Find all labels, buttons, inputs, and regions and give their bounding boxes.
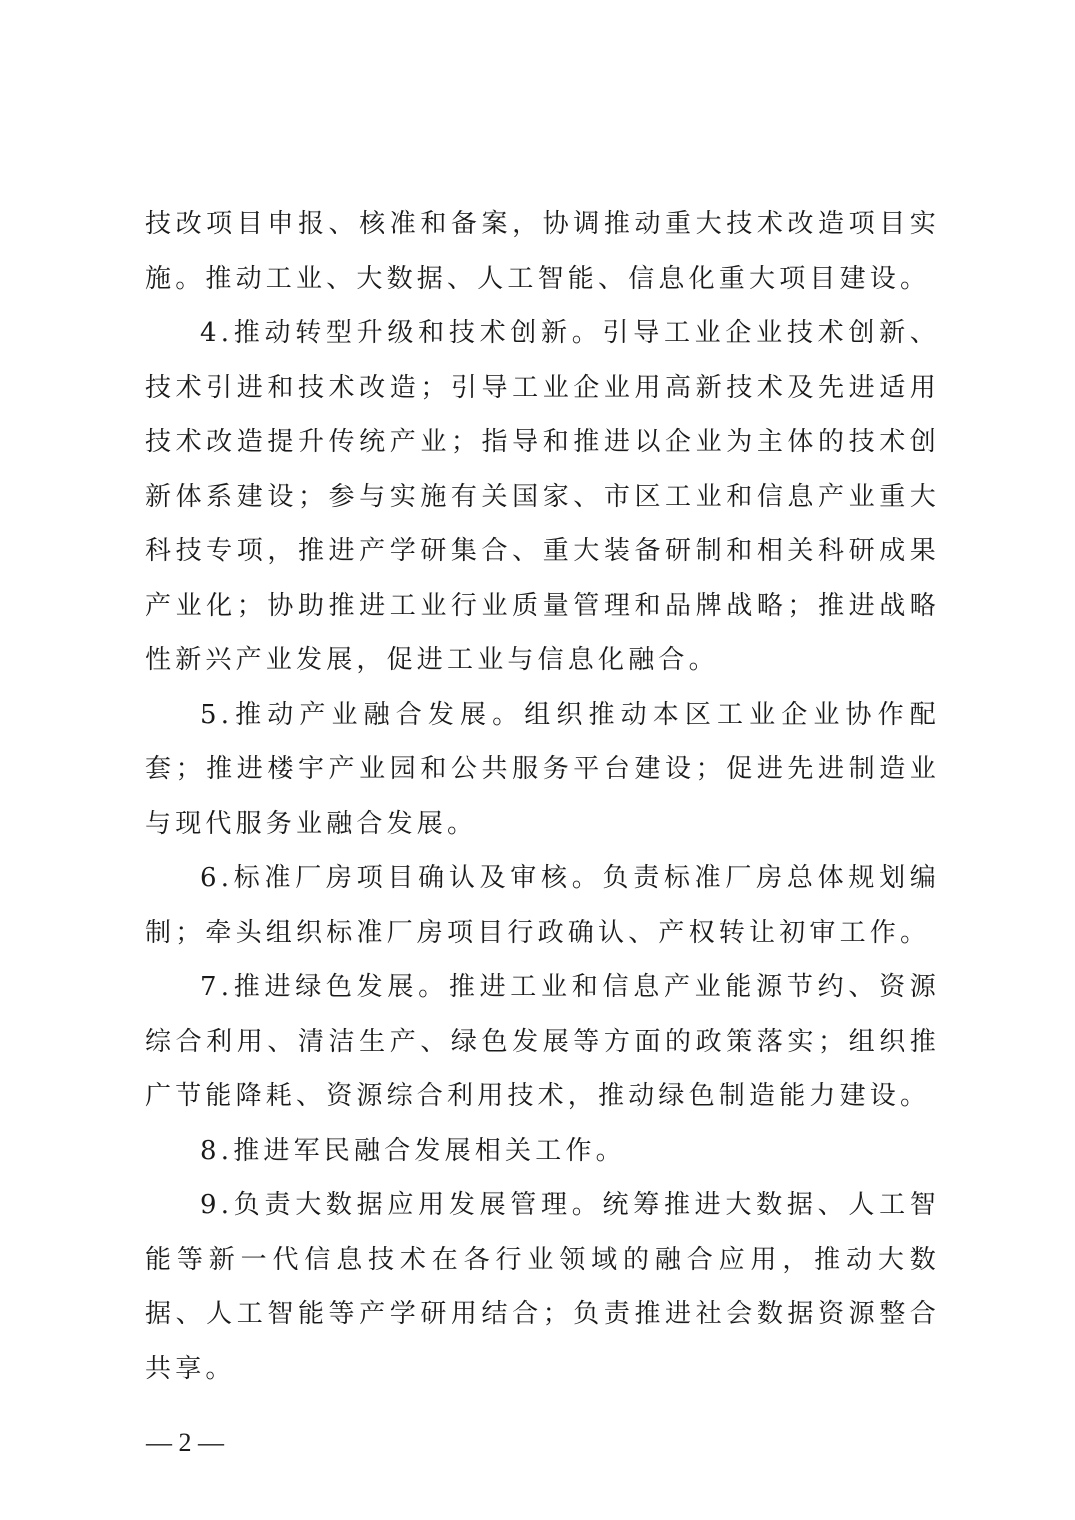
paragraph-item-7: 7.推进绿色发展。推进工业和信息产业能源节约、资源综合利用、清洁生产、绿色发展等… [145, 960, 940, 1124]
paragraph-item-5: 5.推动产业融合发展。组织推动本区工业企业协作配套；推进楼宇产业园和公共服务平台… [145, 688, 940, 852]
paragraph-item-4: 4.推动转型升级和技术创新。引导工业企业技术创新、技术引进和技术改造；引导工业企… [145, 306, 940, 688]
page-number: — 2 — [146, 1428, 224, 1458]
paragraph-item-9: 9.负责大数据应用发展管理。统筹推进大数据、人工智能等新一代信息技术在各行业领域… [145, 1178, 940, 1396]
paragraph-continuation: 技改项目申报、核准和备案，协调推动重大技术改造项目实施。推动工业、大数据、人工智… [145, 197, 940, 306]
paragraph-item-6: 6.标准厂房项目确认及审核。负责标准厂房总体规划编制；牵头组织标准厂房项目行政确… [145, 851, 940, 960]
paragraph-item-8: 8.推进军民融合发展相关工作。 [145, 1124, 940, 1179]
document-page: 技改项目申报、核准和备案，协调推动重大技术改造项目实施。推动工业、大数据、人工智… [145, 197, 940, 1396]
